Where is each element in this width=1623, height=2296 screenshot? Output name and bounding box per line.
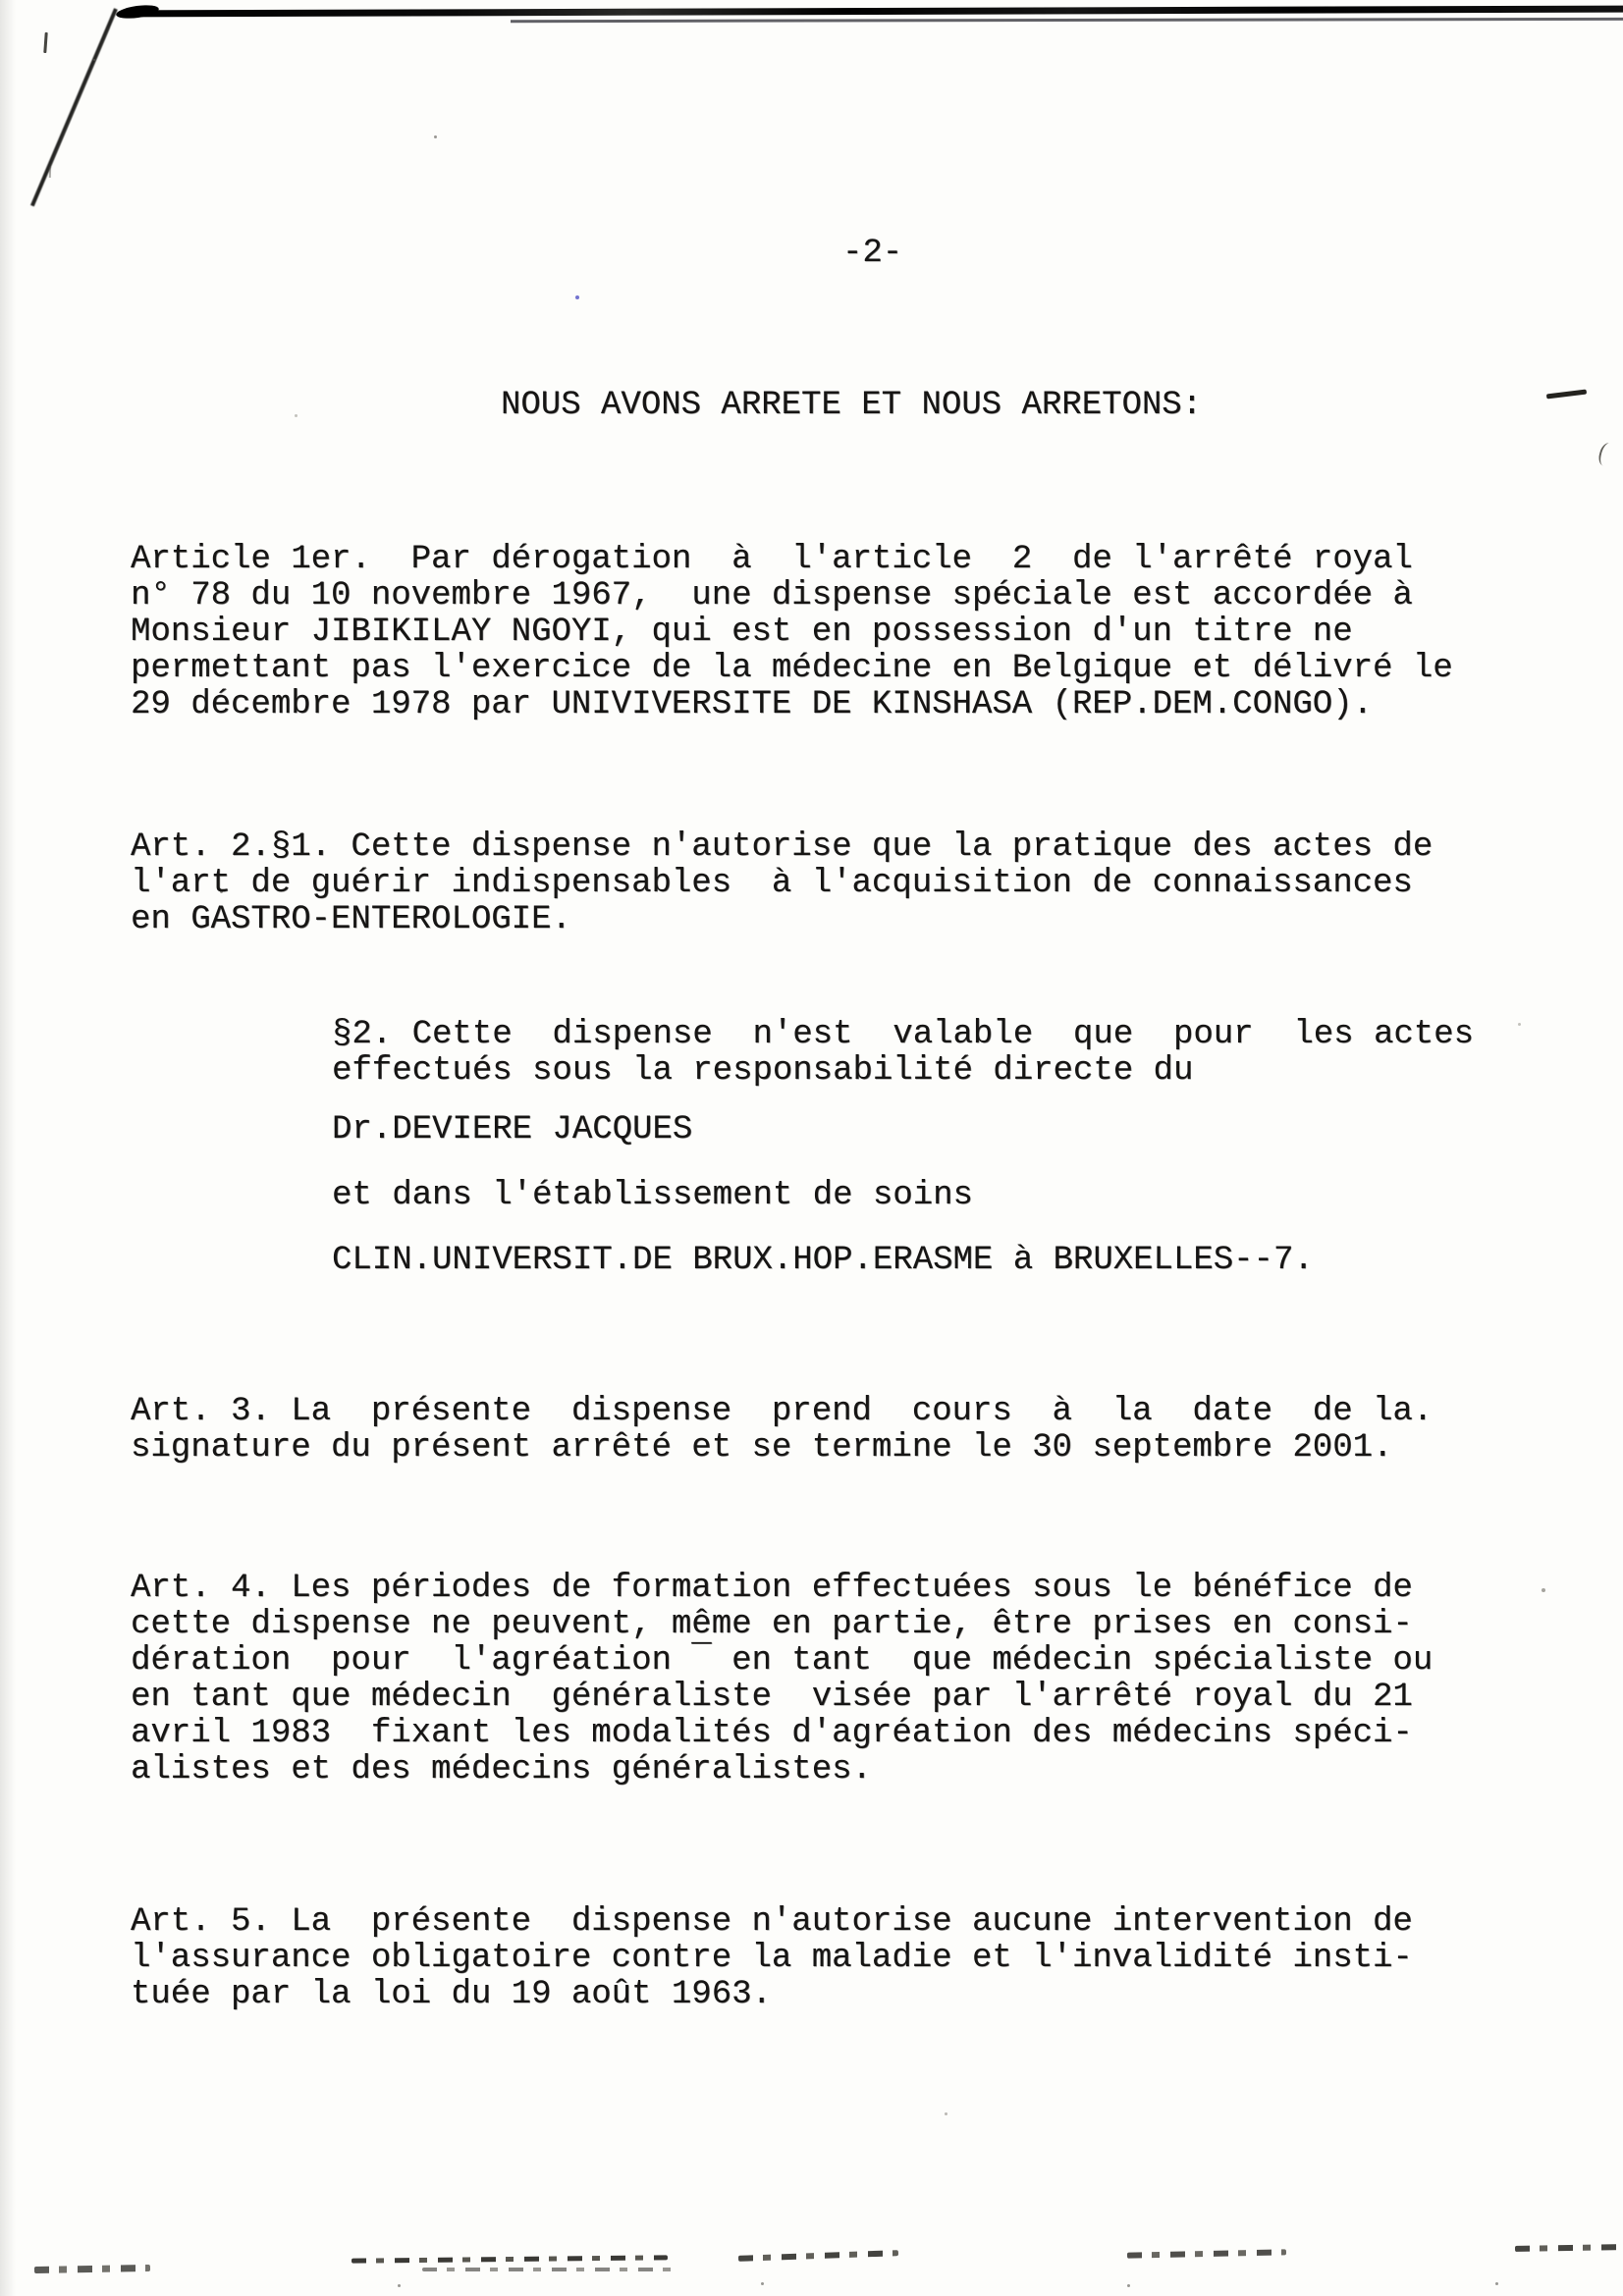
text-line: 29 décembre 1978 par UNIVIVERSITE DE KIN… — [131, 687, 1453, 723]
text-line: signature du présent arrêté et se termin… — [131, 1430, 1433, 1467]
text-line: permettant pas l'exercice de la médecine… — [131, 651, 1453, 687]
doctor-name-line: Dr.DEVIERE JACQUES — [332, 1112, 692, 1148]
text-line: l'assurance obligatoire contre la maladi… — [131, 1941, 1413, 1977]
scan-artifact-right-dash — [1546, 390, 1587, 400]
scan-artifact-bottom-smudge — [1515, 2244, 1623, 2252]
article-5-paragraph: Art. 5. La présente dispense n'autorise … — [131, 1904, 1413, 2013]
text-line: avril 1983 fixant les modalités d'agréat… — [131, 1716, 1433, 1752]
scan-artifact-left-tick-faint — [49, 167, 51, 178]
text-line: l'art de guérir indispensables à l'acqui… — [131, 866, 1433, 902]
text-line: dération pour l'agréation ¯ en tant que … — [131, 1643, 1433, 1680]
text-line: Article 1er. Par dérogation à l'article … — [131, 542, 1453, 578]
document-page: -2- NOUS AVONS ARRETE ET NOUS ARRETONS: … — [0, 0, 1623, 2296]
article-2-paragraph-2: §2. Cette dispense n'est valable que pou… — [332, 1017, 1474, 1090]
article-4-paragraph: Art. 4. Les périodes de formation effect… — [131, 1571, 1433, 1789]
text-line: Art. 3. La présente dispense prend cours… — [131, 1394, 1433, 1430]
scan-artifact-bottom-smudge — [1127, 2249, 1286, 2258]
scan-speck — [575, 295, 579, 299]
scan-artifact-bottom-smudge — [738, 2250, 898, 2262]
text-line: tuée par la loi du 19 août 1963. — [131, 1977, 1413, 2013]
text-line: en GASTRO-ENTEROLOGIE. — [131, 902, 1433, 938]
text-line: n° 78 du 10 novembre 1967, une dispense … — [131, 578, 1453, 614]
text-line: Art. 5. La présente dispense n'autorise … — [131, 1904, 1413, 1941]
scan-speck — [761, 2282, 764, 2285]
text-line: §2. Cette dispense n'est valable que pou… — [332, 1017, 1474, 1053]
scan-artifact-corner-fold-line-faint — [47, 27, 110, 173]
establishment-line: CLIN.UNIVERSIT.DE BRUX.HOP.ERASME à BRUX… — [332, 1243, 1314, 1279]
text-line: en tant que médecin généraliste visée pa… — [131, 1680, 1433, 1716]
text-line: cette dispense ne peuvent, même en parti… — [131, 1607, 1433, 1643]
text-line: Art. 2.§1. Cette dispense n'autorise que… — [131, 829, 1433, 866]
scan-artifact-corner-blob — [115, 3, 159, 21]
scan-artifact-bottom-smudge — [352, 2255, 668, 2263]
text-line: effectués sous la responsabilité directe… — [332, 1053, 1474, 1090]
scan-speck — [1542, 1588, 1545, 1592]
scan-speck — [295, 414, 298, 417]
page-number: -2- — [842, 236, 902, 272]
text-line: alistes et des médecins généralistes. — [131, 1752, 1433, 1789]
text-line: Art. 4. Les périodes de formation effect… — [131, 1571, 1433, 1607]
scan-speck — [1127, 2284, 1130, 2287]
scan-speck — [93, 59, 95, 61]
scan-artifact-right-paren-mark — [1596, 442, 1616, 468]
article-2-paragraph-1: Art. 2.§1. Cette dispense n'autorise que… — [131, 829, 1433, 938]
scan-speck — [945, 2112, 947, 2115]
scan-speck — [1518, 1023, 1521, 1026]
scan-speck — [434, 135, 437, 138]
article-1-paragraph: Article 1er. Par dérogation à l'article … — [131, 542, 1453, 723]
scan-artifact-left-edge-shade — [0, 0, 16, 2296]
scan-artifact-bottom-smudge — [34, 2265, 150, 2273]
scan-speck — [398, 2284, 401, 2287]
scan-artifact-top-edge-line-2 — [511, 18, 1623, 23]
article-3-paragraph: Art. 3. La présente dispense prend cours… — [131, 1394, 1433, 1467]
document-heading: NOUS AVONS ARRETE ET NOUS ARRETONS: — [501, 388, 1202, 424]
text-line: Monsieur JIBIKILAY NGOYI, qui est en pos… — [131, 614, 1453, 651]
scan-artifact-left-tick — [43, 32, 47, 53]
scan-artifact-top-edge-line — [124, 6, 1623, 18]
scan-artifact-bottom-smudge — [422, 2268, 679, 2271]
scan-speck — [1495, 2282, 1498, 2285]
establishment-intro-line: et dans l'établissement de soins — [332, 1178, 973, 1214]
